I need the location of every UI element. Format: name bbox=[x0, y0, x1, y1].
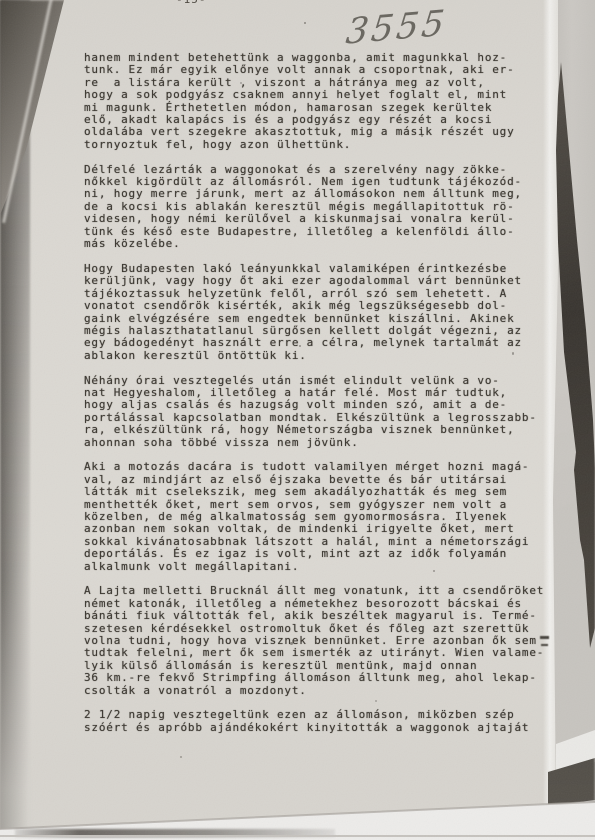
dust-speck bbox=[304, 22, 306, 24]
text-line: 2 1/2 napig vesztegeltünk ezen az állomá… bbox=[84, 709, 584, 721]
text-line: tornyoztuk fel, hogy azon ülhettünk. bbox=[84, 139, 584, 151]
scanner-seam-line bbox=[0, 835, 595, 837]
text-line: csolták a vonatról a mozdonyt. bbox=[84, 685, 584, 697]
dust-speck bbox=[155, 425, 157, 427]
text-line: deportálás. És ez igaz is volt, mint azt… bbox=[84, 548, 584, 560]
dust-speck bbox=[180, 756, 182, 758]
text-line: tunk. Ez már egyik előnye volt annak a c… bbox=[84, 64, 584, 76]
paragraph: 2 1/2 napig vesztegeltünk ezen az állomá… bbox=[84, 709, 584, 734]
text-line: kerüljünk, vagy hogy őt aki ezer agodalo… bbox=[84, 275, 584, 287]
paragraph: Hogy Budapesten lakó leányunkkal valamik… bbox=[84, 263, 584, 362]
torn-edge-mark bbox=[541, 644, 548, 646]
text-block: hanem mindent betehettünk a waggonba, am… bbox=[84, 52, 584, 747]
dust-speck bbox=[421, 135, 423, 137]
text-line: ra, elkészültünk rá, hogy Németországba … bbox=[84, 424, 584, 436]
text-line: ablakon keresztül öntöttük ki. bbox=[84, 350, 584, 362]
paragraph: hanem mindent betehettünk a waggonba, am… bbox=[84, 52, 584, 151]
text-line: más közelébe. bbox=[84, 238, 584, 250]
text-line: 36 km.-re fekvő Strimpfing állomáson áll… bbox=[84, 672, 584, 684]
text-line: A Lajta melletti Brucknál állt meg vonat… bbox=[84, 585, 584, 597]
text-line: ni, hogy merre járunk, mert az állomások… bbox=[84, 188, 584, 200]
dust-speck bbox=[290, 642, 293, 645]
text-line: alkalmunk volt megállapitani. bbox=[84, 561, 584, 573]
text-line: videsen, hogy némi kerülővel a kiskunmaj… bbox=[84, 213, 584, 225]
text-line: hogy a sok podgyász csaknem annyi helyet… bbox=[84, 89, 584, 101]
text-line: tudtak felelni, mert ők sem ismerték az … bbox=[84, 647, 584, 659]
paragraph: Délfelé lezárták a waggonokat és a szere… bbox=[84, 164, 584, 251]
scanned-document-page: { "page": { "page_number": "-15-", "hand… bbox=[0, 0, 595, 840]
text-line: bánáti fiuk váltották fel, akik beszélte… bbox=[84, 610, 584, 622]
text-line: Aki a motozás dacára is tudott valamilye… bbox=[84, 461, 584, 473]
dust-speck bbox=[512, 352, 514, 355]
paragraph: Aki a motozás dacára is tudott valamilye… bbox=[84, 461, 584, 573]
dust-speck bbox=[375, 700, 377, 702]
text-line: oldalába vert szegekre akasztottuk, mig … bbox=[84, 126, 584, 138]
paragraph: A Lajta melletti Brucknál állt meg vonat… bbox=[84, 585, 584, 697]
text-line: egy bádogedényt használt erre a célra, m… bbox=[84, 337, 584, 349]
paragraph: Néhány órai vesztegelés után ismét elind… bbox=[84, 375, 584, 449]
text-line: vonatot csendőrök kisérték, akik még leg… bbox=[84, 300, 584, 312]
dust-speck bbox=[433, 570, 435, 572]
dust-speck bbox=[299, 345, 301, 347]
page-number: -15- bbox=[176, 0, 207, 6]
text-line: hogy aljas csalás és hazugság volt minde… bbox=[84, 399, 584, 411]
text-line: azonban nem sokan voltak, de mindenki ir… bbox=[84, 523, 584, 535]
text-line: ahonnan soha többé vissza nem jövünk. bbox=[84, 437, 584, 449]
text-line: látták mit cselekszik, meg sem akadályoz… bbox=[84, 486, 584, 498]
text-line: szóért és apróbb ajándékokért kinyitottá… bbox=[84, 722, 584, 734]
dust-speck bbox=[240, 82, 242, 84]
torn-edge-mark bbox=[540, 636, 549, 639]
